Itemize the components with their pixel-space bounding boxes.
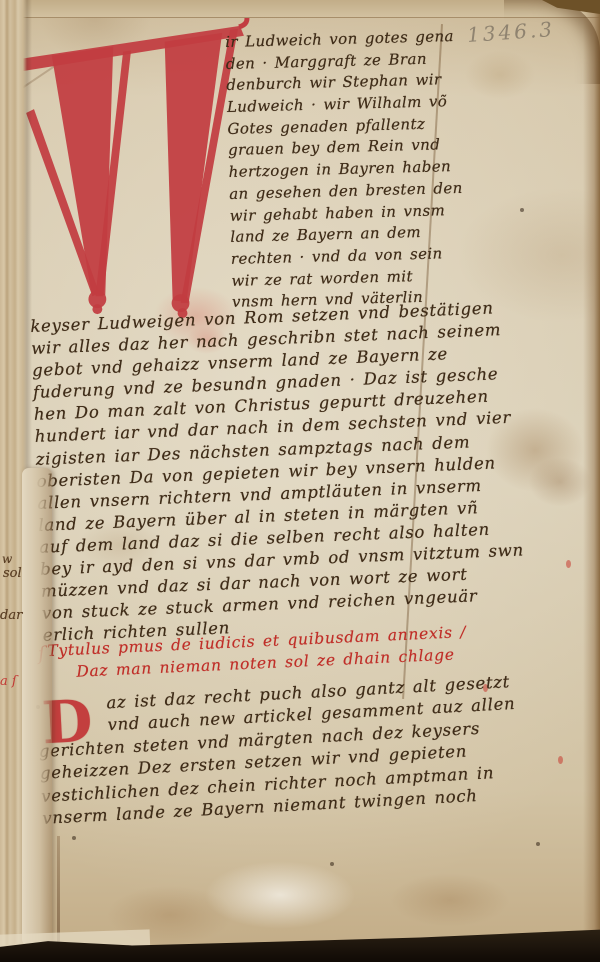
marginalia-fragment: sol: [3, 566, 22, 581]
right-page-edge: [583, 0, 600, 962]
initial-w-letter: [10, 14, 258, 321]
marginalia-red-fragment: a ſ: [0, 674, 17, 689]
ink-speck: [330, 862, 334, 866]
paragraph-block: az ist daz recht puch also gantz alt ges…: [36, 669, 574, 831]
torn-leaf-strip: [22, 468, 52, 946]
parchment-page: ir Ludweich von gotes genaden · Marggraf…: [0, 0, 600, 962]
body-block: keyser Ludweigen von Rom setzen vnd best…: [30, 295, 588, 648]
ink-speck: [520, 208, 524, 212]
ink-speck: [72, 836, 76, 840]
opening-column: ir Ludweich von gotes genaden · Marggraf…: [225, 27, 472, 315]
ink-speck: [536, 842, 540, 846]
marginalia-fragment: dar: [0, 608, 22, 623]
manuscript-scan: ir Ludweich von gotes genaden · Marggraf…: [0, 0, 600, 962]
marginalia-fragment: w: [2, 552, 12, 566]
